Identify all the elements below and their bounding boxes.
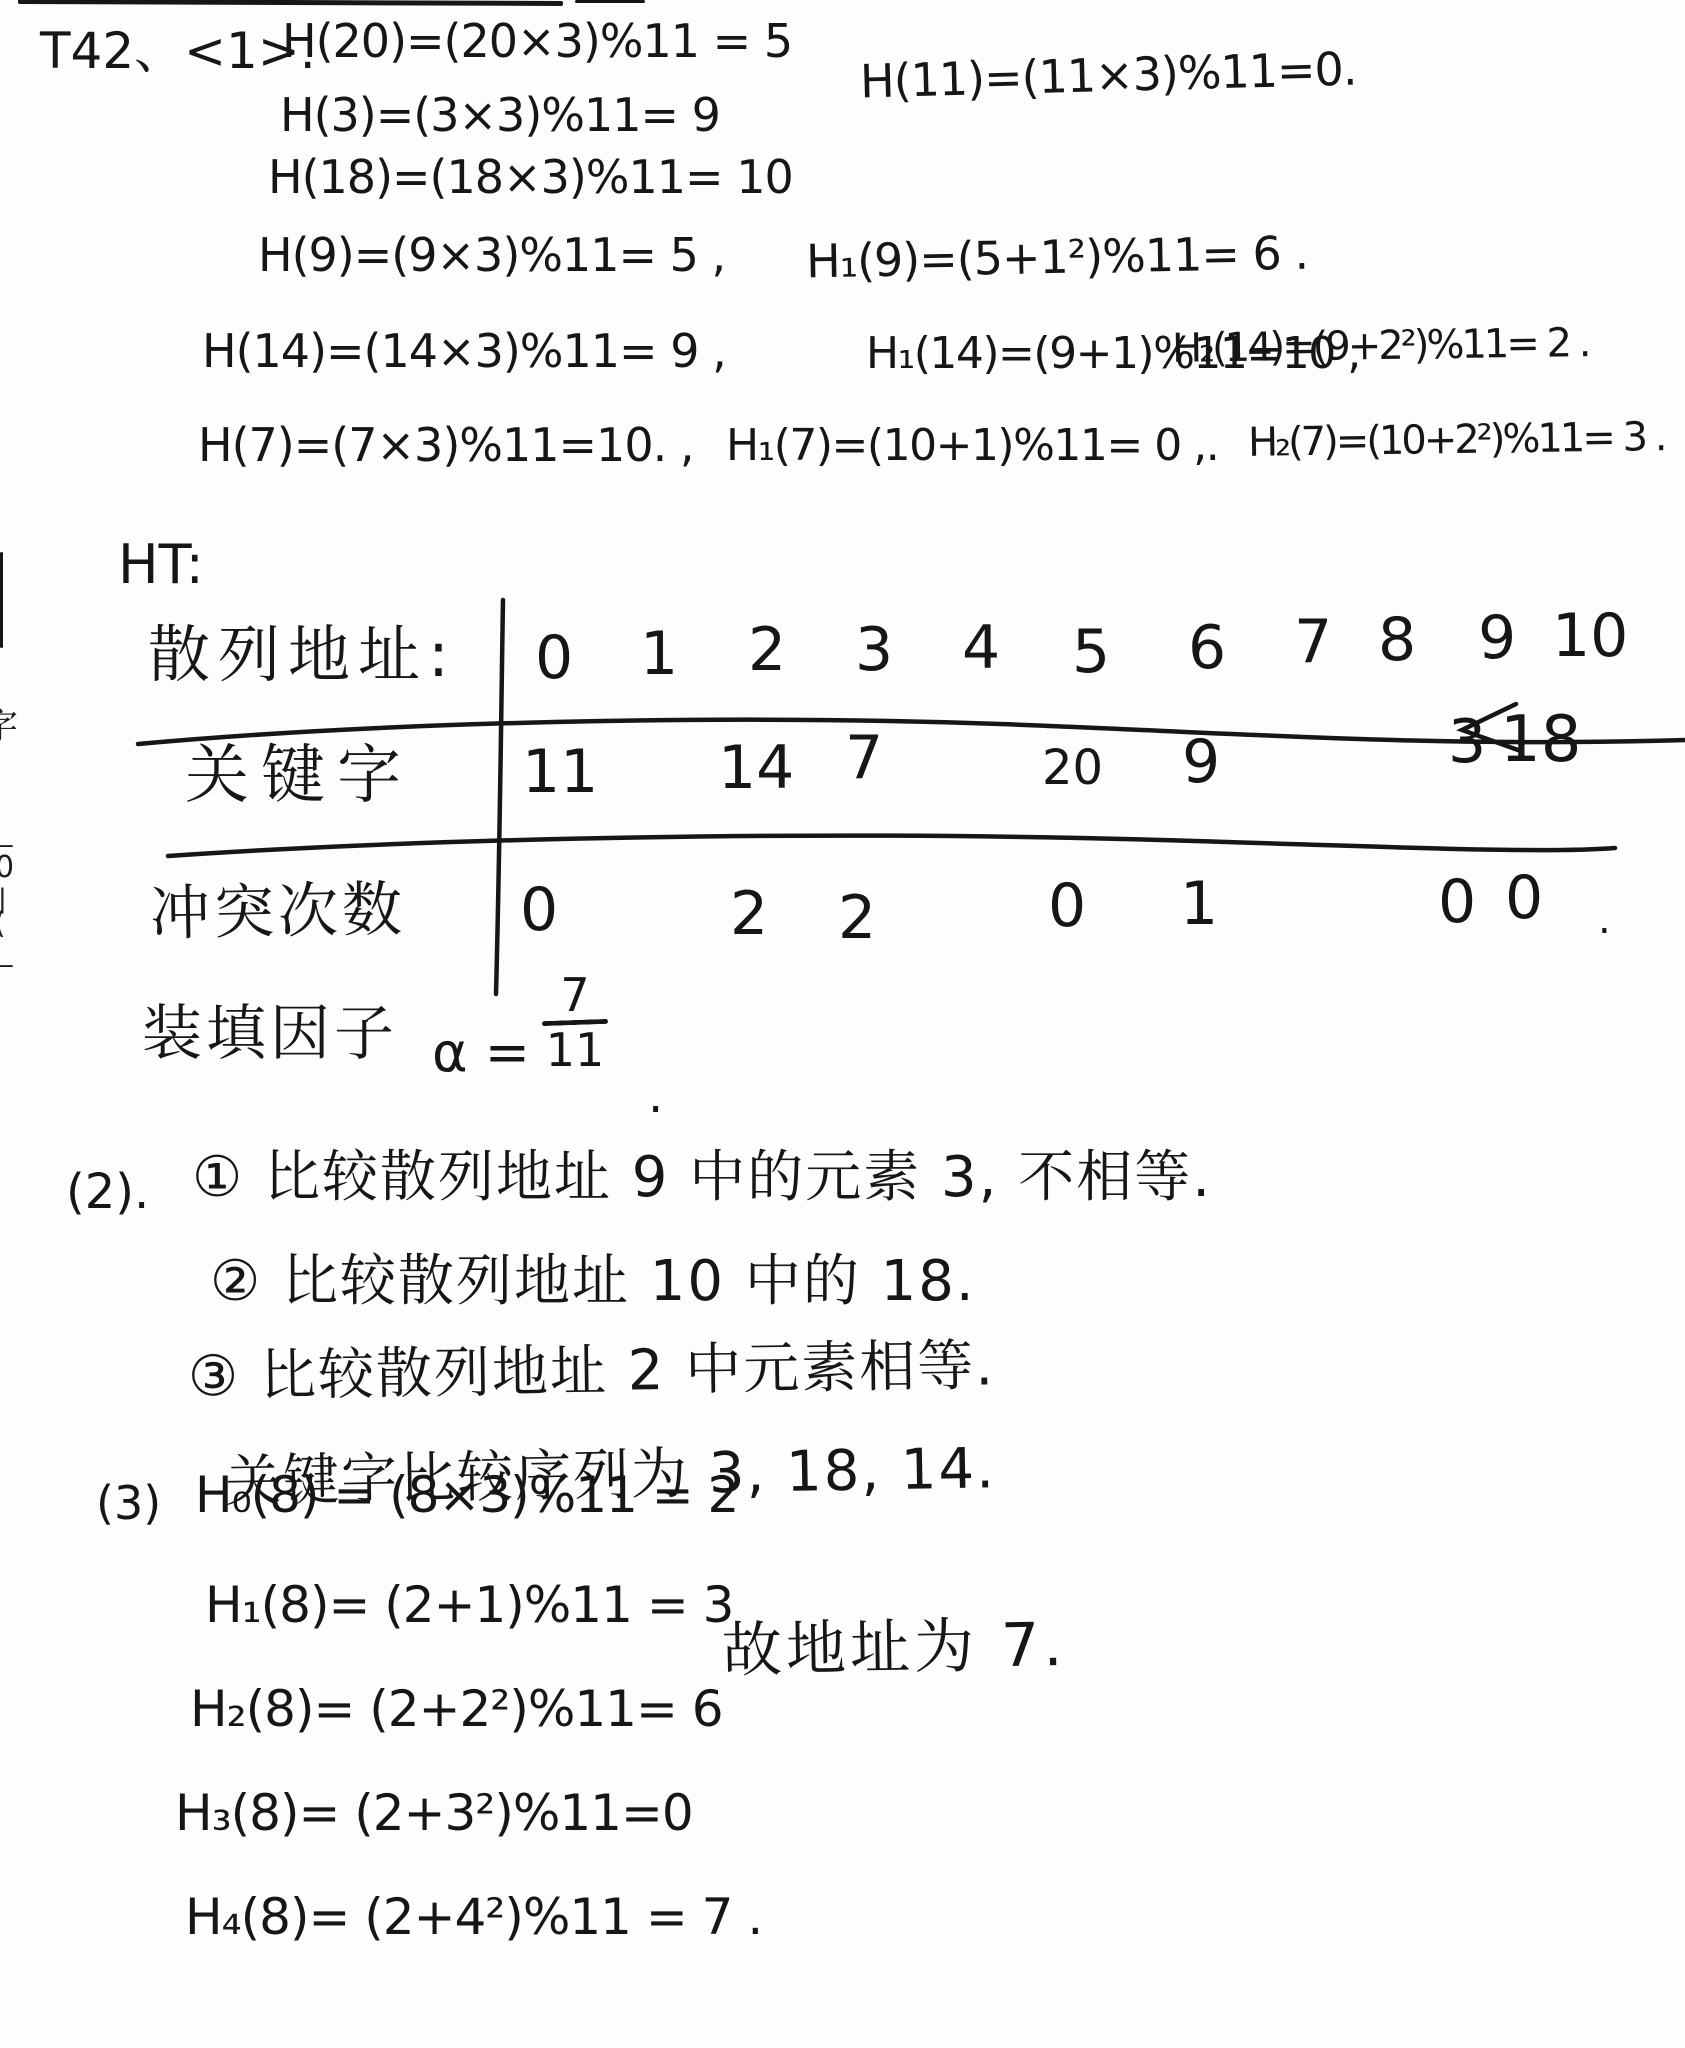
part2-step-1: ① 比较散列地址 9 中的元素 3, 不相等. xyxy=(192,1150,1212,1206)
fraction-numerator: 7 xyxy=(560,972,589,1018)
key-row-label: 关键字 xyxy=(185,744,413,808)
eq-h7-probe2: H₂(7)=(10+2²)%11= 3 . xyxy=(1248,417,1665,463)
address-cell-8: 8 xyxy=(1378,610,1416,670)
collision-cell-3: 2 xyxy=(838,888,876,948)
collision-cell-5: 0 xyxy=(1048,876,1086,936)
fraction-denominator: 11 xyxy=(546,1027,605,1073)
collision-cell-9: 0 xyxy=(1438,872,1476,932)
part2-step-3: ③ 比较散列地址 2 中元素相等. xyxy=(188,1338,996,1405)
key-cell-5: 20 xyxy=(1042,744,1103,792)
address-cell-7: 7 xyxy=(1294,612,1332,672)
margin-hairline xyxy=(0,552,3,648)
eq-h3: H(3)=(3×3)%11= 9 xyxy=(280,92,720,138)
address-cell-0: 0 xyxy=(535,628,573,688)
collision-row-label: 冲突次数 xyxy=(149,880,406,944)
key-cell-9: 3 xyxy=(1448,712,1486,772)
collision-cell-2: 2 xyxy=(730,884,768,944)
eq-h7: H(7)=(7×3)%11=10. , xyxy=(198,422,693,468)
eq-h18: H(18)=(18×3)%11= 10 xyxy=(268,154,793,200)
scan-artifact-top-2 xyxy=(575,0,645,3)
load-factor-period: . xyxy=(648,1072,663,1120)
address-cell-6: 6 xyxy=(1188,618,1226,678)
address-cell-1: 1 xyxy=(640,624,678,684)
collision-cell-6: 1 xyxy=(1180,874,1218,934)
margin-fragment-zero: 0 xyxy=(0,850,14,885)
load-factor-label: 装填因子 xyxy=(142,1004,398,1064)
problem-label: T42、<1>. xyxy=(40,26,316,76)
margin-fragment-dash-2: — xyxy=(0,950,14,980)
margin-fragment-char: 字 xyxy=(0,698,18,749)
part2-step-2: ② 比较散列地址 10 中的 18. xyxy=(210,1254,976,1310)
address-cell-9: 9 xyxy=(1478,608,1516,668)
eq-h11: H(11)=(11×3)%11=0. xyxy=(859,46,1357,105)
scanned-note-page: 字 — 0 | ( — T42、<1>. H(20)=(20×3)%11 = 5… xyxy=(0,0,1685,2048)
collision-cell-10: 0 xyxy=(1505,868,1543,928)
part3-eq-2: H₂(8)= (2+2²)%11= 6 xyxy=(190,1684,723,1734)
margin-fragment-paren: ( xyxy=(0,906,6,941)
key-cell-10: 18 xyxy=(1500,708,1581,772)
part3-eq-1: H₁(8)= (2+1)%11 = 3 xyxy=(205,1580,733,1630)
address-cell-10: 10 xyxy=(1552,606,1628,666)
key-cell-3: 7 xyxy=(845,728,883,788)
key-cell-6: 9 xyxy=(1182,732,1220,792)
collision-cell-0: 0 xyxy=(520,880,558,940)
load-factor-fraction: 7 11 xyxy=(542,972,608,1073)
address-cell-2: 2 xyxy=(748,620,786,680)
key-cell-2: 14 xyxy=(718,738,794,798)
eq-h20: H(20)=(20×3)%11 = 5 xyxy=(282,18,792,64)
address-row-label: 散列地址: xyxy=(148,624,457,686)
part2-label: (2). xyxy=(66,1168,149,1216)
eq-h14: H(14)=(14×3)%11= 9 , xyxy=(202,328,726,374)
part3-eq-4: H₄(8)= (2+4²)%11 = 7 . xyxy=(185,1892,762,1942)
load-factor-alpha: α = xyxy=(432,1026,530,1080)
eq-h7-probe1: H₁(7)=(10+1)%11= 0 ,. xyxy=(726,424,1218,468)
table-horizontal-rule-2 xyxy=(168,836,1615,856)
eq-h9: H(9)=(9×3)%11= 5 , xyxy=(258,232,725,278)
hash-table-title: HT: xyxy=(118,538,204,592)
part3-eq-0: H₀(8) = (8×3)%11 = 2 xyxy=(195,1470,738,1520)
key-cell-0: 11 xyxy=(522,742,598,802)
address-cell-5: 5 xyxy=(1072,622,1110,682)
address-cell-3: 3 xyxy=(855,620,893,680)
part3-conclusion: 故地址为 7. xyxy=(722,1615,1067,1681)
address-cell-4: 4 xyxy=(962,618,1000,678)
table-vertical-rule xyxy=(496,600,503,994)
eq-h9-probe1: H₁(9)=(5+1²)%11= 6 . xyxy=(806,230,1309,285)
scan-artifact-top xyxy=(18,0,563,6)
eq-h14-probe2: H₂(14)=(9+2²)%11= 2 . xyxy=(1172,323,1589,369)
part3-label: (3) xyxy=(96,1480,161,1526)
collision-row-period: . xyxy=(1598,900,1611,940)
part3-eq-3: H₃(8)= (2+3²)%11=0 xyxy=(175,1788,693,1838)
